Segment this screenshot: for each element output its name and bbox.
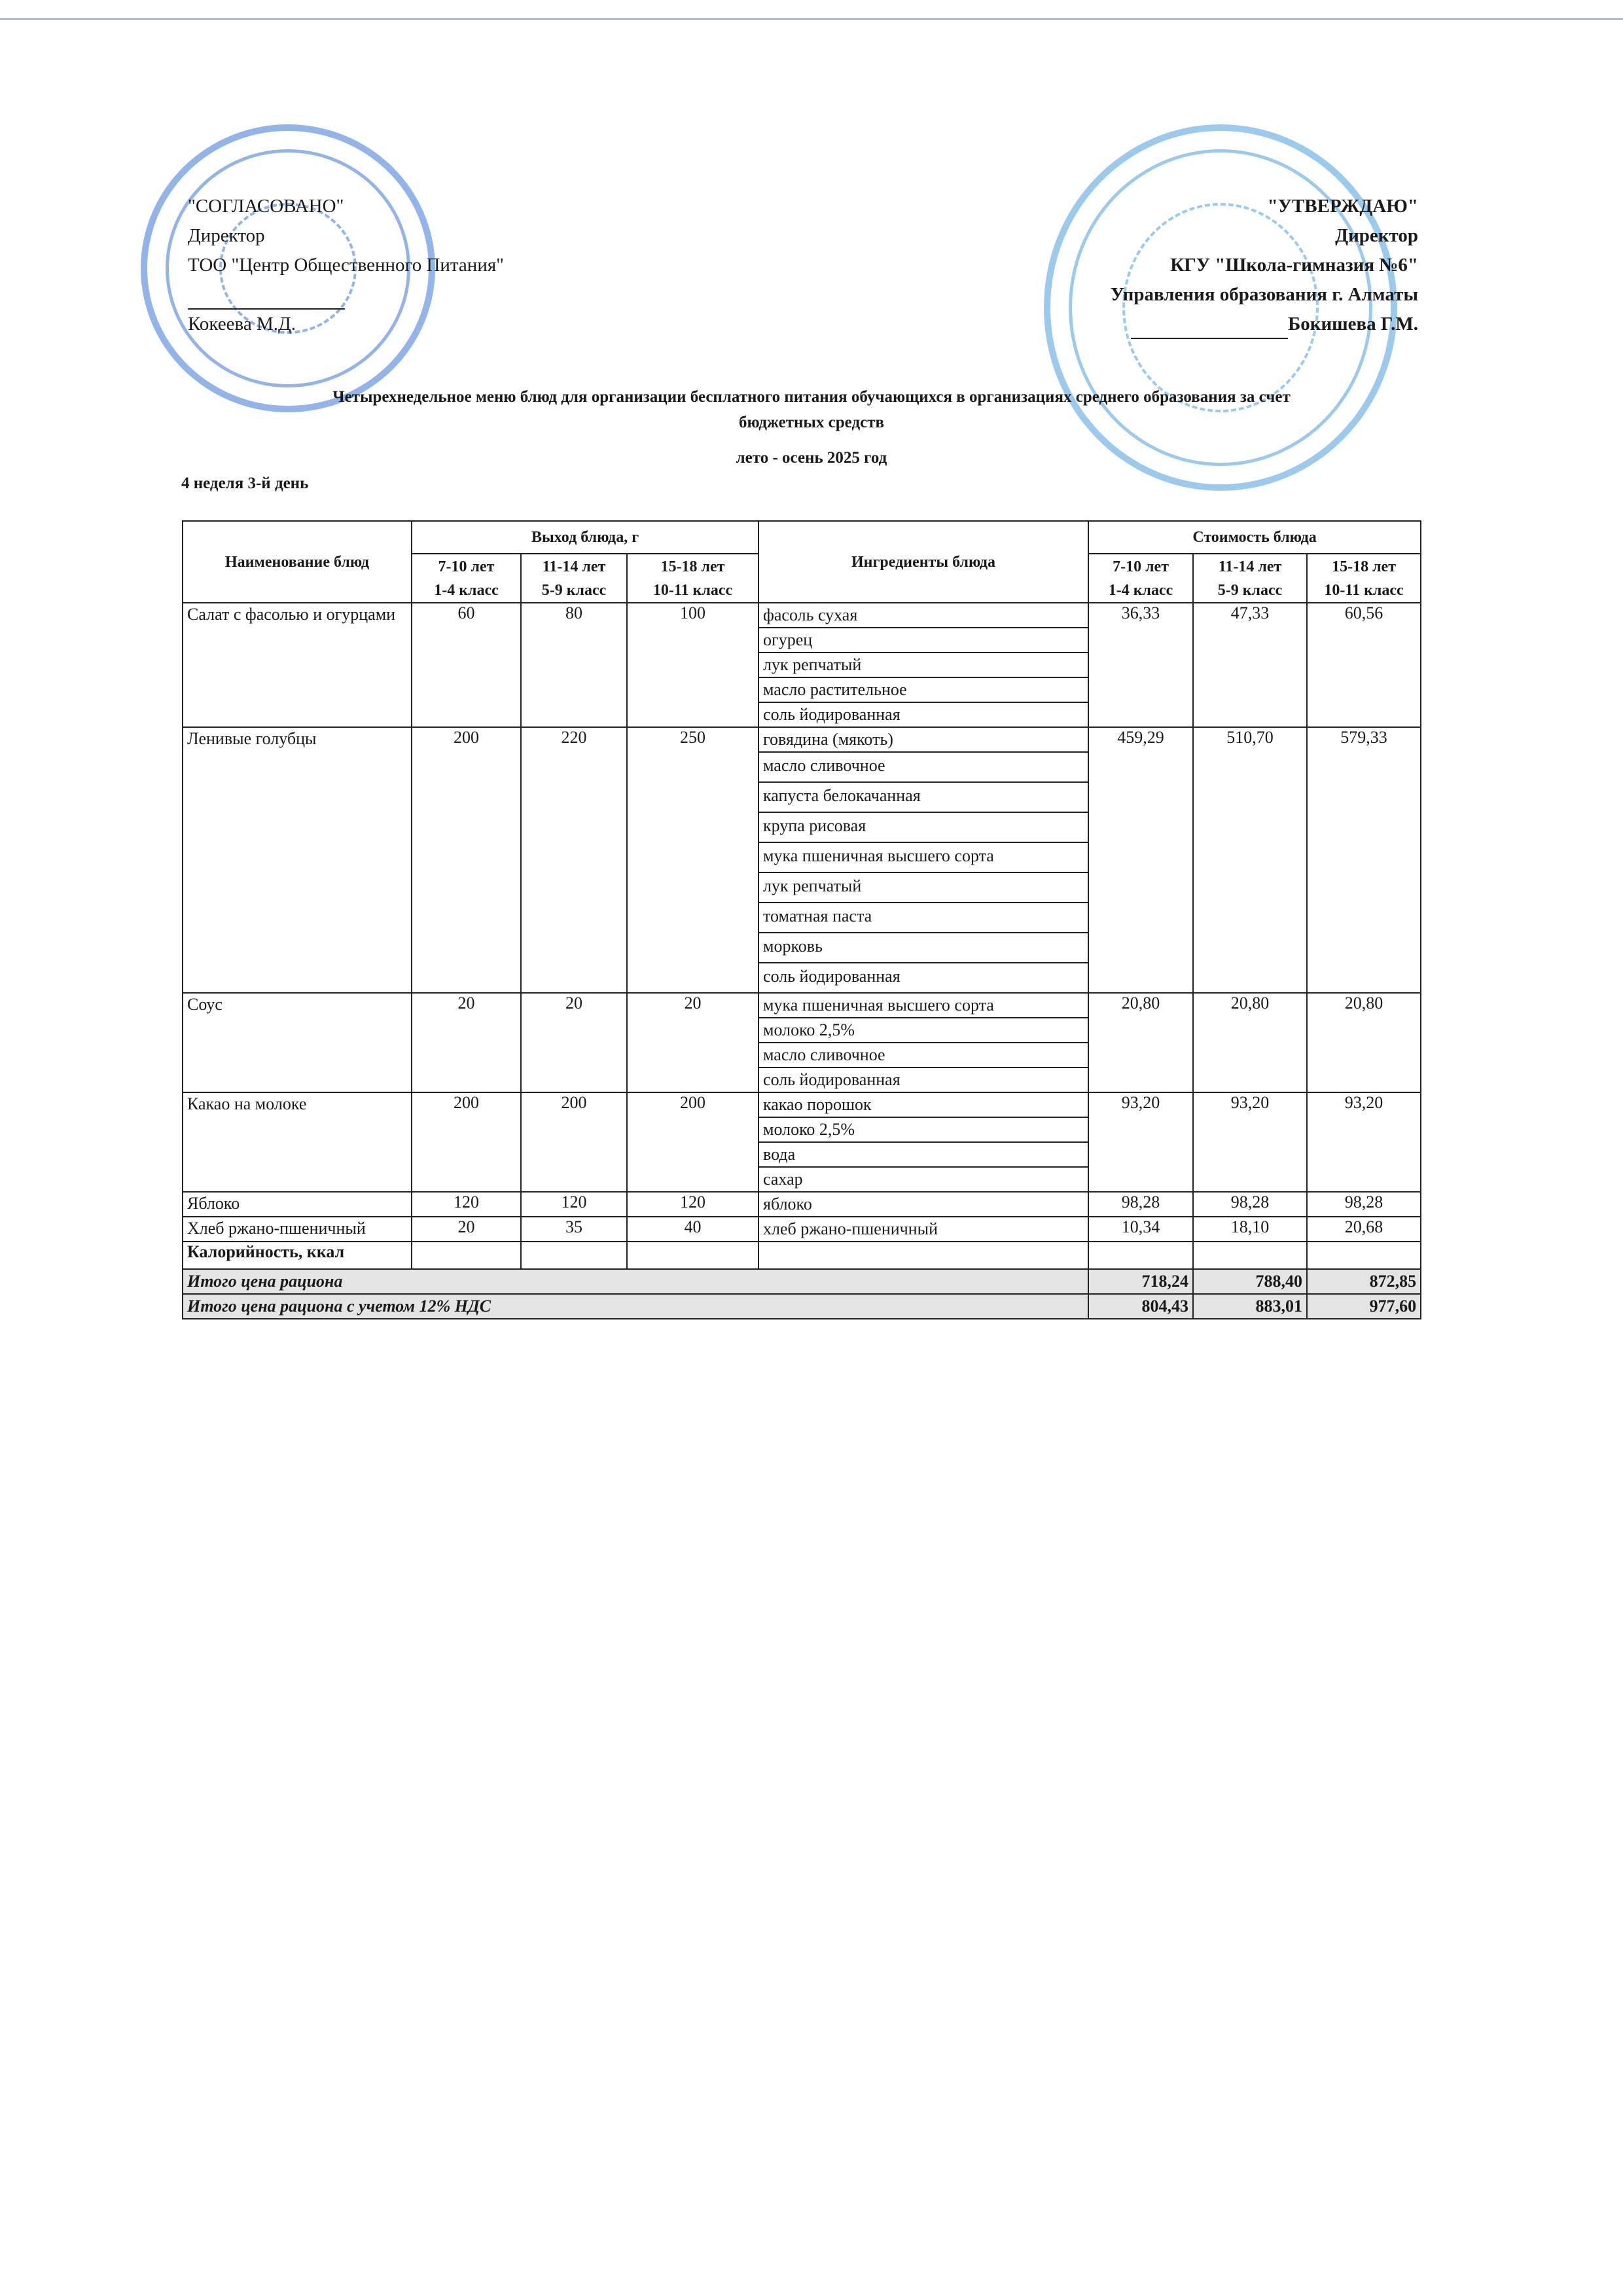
age-range: 11-14 лет [526,555,622,579]
total-vat-row-value: 883,01 [1193,1294,1307,1319]
ingredient: вода [758,1142,1088,1167]
table-row: Ленивые голубцы200220250говядина (мякоть… [183,727,1421,752]
dish-yield: 220 [521,727,627,993]
scan-top-edge [0,18,1623,20]
grade-range: 5-9 класс [526,579,622,602]
ingredient: масло растительное [758,677,1088,702]
approval-right-heading: "УТВЕРЖДАЮ" [1111,192,1418,221]
dish-yield: 20 [412,993,521,1092]
table-row: Яблоко120120120яблоко98,2898,2898,28 [183,1192,1421,1217]
signature-line-left [188,289,345,310]
dish-cost: 10,34 [1088,1217,1193,1242]
calories-row: Калорийность, ккал [183,1242,1421,1269]
dish-name: Какао на молоке [183,1092,412,1192]
dish-yield: 120 [412,1192,521,1217]
table-row: Хлеб ржано-пшеничный203540хлеб ржано-пше… [183,1217,1421,1242]
header-dish-name: Наименование блюд [183,521,412,603]
dish-yield: 250 [627,727,758,993]
age-range: 15-18 лет [1311,555,1416,579]
approval-right-block: "УТВЕРЖДАЮ" Директор КГУ "Школа-гимназия… [1111,192,1418,339]
total-row: Итого цена рациона718,24788,40872,85 [183,1269,1421,1294]
approval-right-signatory: Бокишева Г.М. [1288,314,1418,334]
dish-yield: 80 [521,603,627,727]
cost-age-group-header: 7-10 лет1-4 класс [1088,554,1193,603]
approval-left-heading: "СОГЛАСОВАНО" [188,192,504,221]
header-cost: Стоимость блюда [1088,521,1421,554]
dish-cost: 93,20 [1307,1092,1421,1192]
dish-name: Салат с фасолью и огурцами [183,603,412,727]
total-vat-row: Итого цена рациона с учетом 12% НДС804,4… [183,1294,1421,1319]
dish-cost: 98,28 [1307,1192,1421,1217]
ingredient: сахар [758,1167,1088,1192]
ingredient: мука пшеничная высшего сорта [758,993,1088,1018]
header-yield: Выход блюда, г [412,521,758,554]
signature-line-right [1131,318,1288,339]
dish-yield: 120 [521,1192,627,1217]
dish-yield: 60 [412,603,521,727]
dish-cost: 579,33 [1307,727,1421,993]
ingredient: лук репчатый [758,872,1088,903]
approval-right-position: Директор [1111,221,1418,251]
calories-value [1193,1242,1307,1269]
dish-yield: 20 [521,993,627,1092]
table-row: Соус202020мука пшеничная высшего сорта20… [183,993,1421,1018]
dish-yield: 40 [627,1217,758,1242]
dish-cost: 20,80 [1193,993,1307,1092]
dish-cost: 93,20 [1193,1092,1307,1192]
grade-range: 10-11 класс [632,579,754,602]
age-range: 7-10 лет [1093,555,1188,579]
ingredient: томатная паста [758,903,1088,933]
grade-range: 1-4 класс [1093,579,1188,602]
ingredient: какао порошок [758,1092,1088,1117]
approval-left-block: "СОГЛАСОВАНО" Директор ТОО "Центр Общест… [188,192,504,339]
calories-label: Калорийность, ккал [183,1242,412,1269]
approval-left-position: Директор [188,221,504,251]
dish-cost: 98,28 [1088,1192,1193,1217]
calories-value [521,1242,627,1269]
dish-yield: 120 [627,1192,758,1217]
ingredient: капуста белокачанная [758,782,1088,812]
ingredient: соль йодированная [758,702,1088,727]
age-range: 15-18 лет [632,555,754,579]
table-row: Какао на молоке200200200какао порошок93,… [183,1092,1421,1117]
dish-cost: 60,56 [1307,603,1421,727]
ingredient: мука пшеничная высшего сорта [758,842,1088,872]
ingredient: лук репчатый [758,653,1088,677]
menu-table: Наименование блюд Выход блюда, г Ингреди… [182,520,1421,1319]
ingredient: огурец [758,628,1088,653]
dish-name: Соус [183,993,412,1092]
calories-value [1088,1242,1193,1269]
dish-name: Ленивые голубцы [183,727,412,993]
dish-name: Хлеб ржано-пшеничный [183,1217,412,1242]
header-ingredients: Ингредиенты блюда [758,521,1088,603]
dish-cost: 98,28 [1193,1192,1307,1217]
calories-value [758,1242,1088,1269]
dish-yield: 20 [627,993,758,1092]
approval-left-signatory: Кокеева М.Д. [188,310,504,339]
dish-yield: 200 [412,1092,521,1192]
week-day-label: 4 неделя 3-й день [181,475,308,493]
dish-cost: 18,10 [1193,1217,1307,1242]
document-title: Четырехнедельное меню блюд для организац… [164,388,1459,406]
calories-value [627,1242,758,1269]
age-range: 11-14 лет [1198,555,1302,579]
dish-cost: 47,33 [1193,603,1307,727]
dish-cost: 93,20 [1088,1092,1193,1192]
dish-cost: 459,29 [1088,727,1193,993]
dish-yield: 20 [412,1217,521,1242]
dish-yield: 200 [412,727,521,993]
total-vat-row-value: 804,43 [1088,1294,1193,1319]
dish-name: Яблоко [183,1192,412,1217]
yield-age-group-header: 15-18 лет10-11 класс [627,554,758,603]
dish-cost: 36,33 [1088,603,1193,727]
grade-range: 1-4 класс [416,579,516,602]
approval-left-organization: ТОО "Центр Общественного Питания" [188,251,504,280]
season-label: лето - осень 2025 год [164,449,1459,467]
dish-yield: 100 [627,603,758,727]
total-row-value: 872,85 [1307,1269,1421,1294]
dish-yield: 35 [521,1217,627,1242]
ingredient: морковь [758,933,1088,963]
total-row-label: Итого цена рациона [183,1269,1088,1294]
ingredient: крупа рисовая [758,812,1088,842]
grade-range: 10-11 класс [1311,579,1416,602]
document-title-continued: бюджетных средств [164,414,1459,432]
dish-cost: 20,68 [1307,1217,1421,1242]
yield-age-group-header: 7-10 лет1-4 класс [412,554,521,603]
dish-yield: 200 [627,1092,758,1192]
cost-age-group-header: 11-14 лет5-9 класс [1193,554,1307,603]
approval-right-organization: КГУ "Школа-гимназия №6" [1111,251,1418,280]
ingredient: фасоль сухая [758,603,1088,628]
calories-value [1307,1242,1421,1269]
cost-age-group-header: 15-18 лет10-11 класс [1307,554,1421,603]
age-range: 7-10 лет [416,555,516,579]
total-vat-row-value: 977,60 [1307,1294,1421,1319]
ingredient: хлеб ржано-пшеничный [758,1217,1088,1242]
dish-cost: 20,80 [1088,993,1193,1092]
ingredient: говядина (мякоть) [758,727,1088,752]
yield-age-group-header: 11-14 лет5-9 класс [521,554,627,603]
ingredient: молоко 2,5% [758,1117,1088,1142]
dish-yield: 200 [521,1092,627,1192]
dish-cost: 510,70 [1193,727,1307,993]
ingredient: соль йодированная [758,1067,1088,1092]
ingredient: яблоко [758,1192,1088,1217]
calories-value [412,1242,521,1269]
total-vat-row-label: Итого цена рациона с учетом 12% НДС [183,1294,1088,1319]
ingredient: масло сливочное [758,1043,1088,1067]
table-row: Салат с фасолью и огурцами6080100фасоль … [183,603,1421,628]
ingredient: соль йодированная [758,963,1088,993]
approval-right-department: Управления образования г. Алматы [1111,280,1418,310]
total-row-value: 788,40 [1193,1269,1307,1294]
dish-cost: 20,80 [1307,993,1421,1092]
total-row-value: 718,24 [1088,1269,1193,1294]
ingredient: молоко 2,5% [758,1018,1088,1043]
ingredient: масло сливочное [758,752,1088,782]
grade-range: 5-9 класс [1198,579,1302,602]
